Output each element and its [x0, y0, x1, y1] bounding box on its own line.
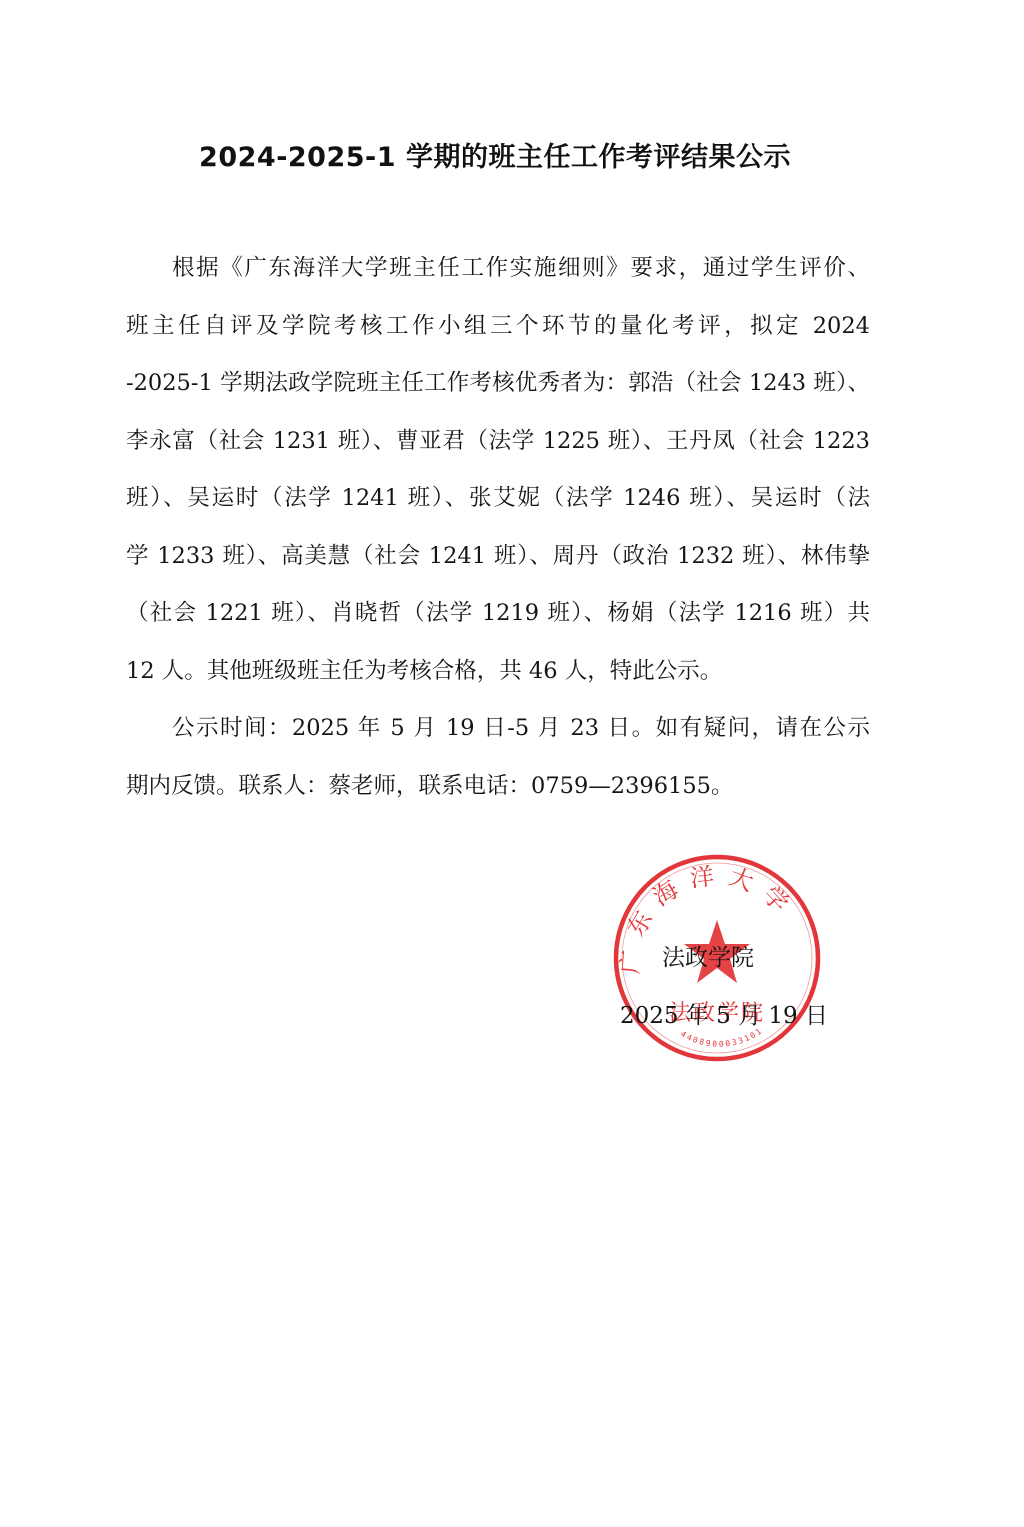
paragraph-announcement-period: 公示时间：2025 年 5 月 19 日-5 月 23 日。如有疑问，请在公示 …: [126, 700, 870, 815]
paragraph-line: 班主任自评及学院考核工作小组三个环节的量化考评，拟定 2024: [126, 298, 870, 356]
paragraph-line: 12 人。其他班级班主任为考核合格，共 46 人，特此公示。: [126, 643, 870, 701]
paragraph-line: 学 1233 班）、高美慧（社会 1241 班）、周丹（政治 1232 班）、林…: [126, 528, 870, 586]
paragraph-line: 班）、吴运时（法学 1241 班）、张艾妮（法学 1246 班）、吴运时（法: [126, 470, 870, 528]
paragraph-line: 根据《广东海洋大学班主任工作实施细则》要求，通过学生评价、: [126, 240, 870, 298]
paragraph-line: 公示时间：2025 年 5 月 19 日-5 月 23 日。如有疑问，请在公示: [126, 700, 870, 758]
paragraph-line: 李永富（社会 1231 班）、曹亚君（法学 1225 班）、王丹凤（社会 122…: [126, 413, 870, 471]
document-title: 2024-2025-1 学期的班主任工作考评结果公示: [0, 136, 990, 180]
paragraph-line: -2025-1 学期法政学院班主任工作考核优秀者为：郭浩（社会 1243 班）、: [126, 355, 870, 413]
signature-date: 2025 年 5 月 19 日: [620, 997, 828, 1030]
signature-department: 法政学院: [662, 939, 754, 972]
paragraph-line: 期内反馈。联系人：蔡老师，联系电话：0759—2396155。: [126, 758, 870, 816]
paragraph-evaluation-results: 根据《广东海洋大学班主任工作实施细则》要求，通过学生评价、 班主任自评及学院考核…: [126, 240, 870, 700]
paragraph-line: （社会 1221 班）、肖晓哲（法学 1219 班）、杨娟（法学 1216 班）…: [126, 585, 870, 643]
document-page: 2024-2025-1 学期的班主任工作考评结果公示 根据《广东海洋大学班主任工…: [0, 0, 1024, 1527]
